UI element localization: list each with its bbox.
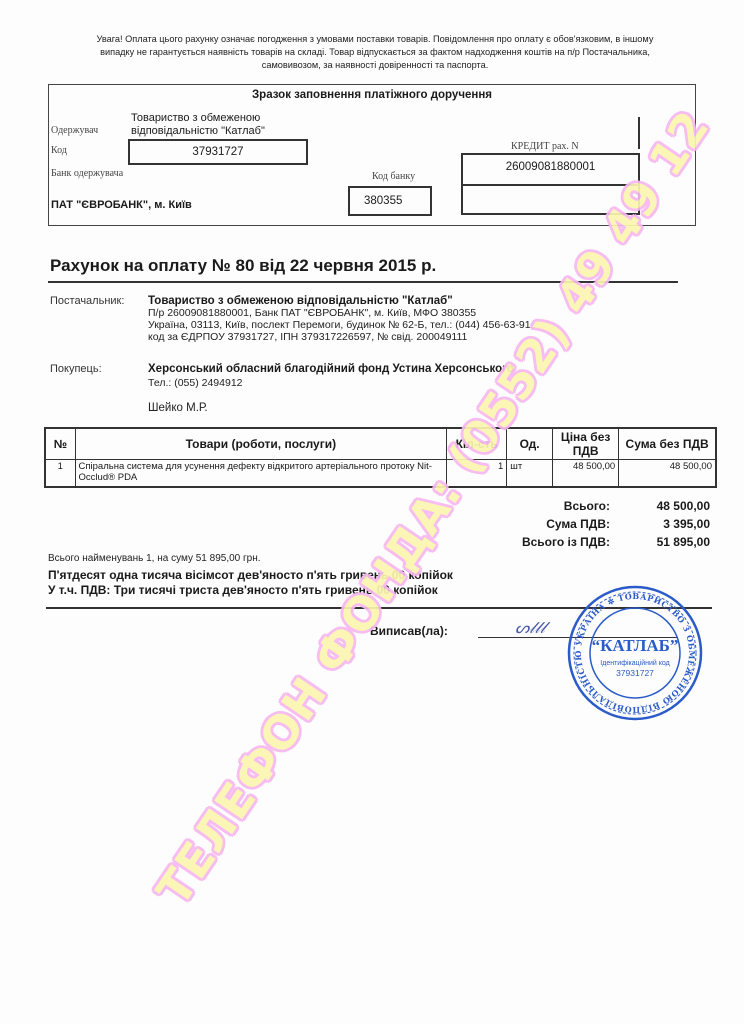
cell-goods-name: Спіральна система для усунення дефекту в…: [75, 460, 447, 488]
buyer-label: Покупець:: [50, 363, 102, 375]
vat-value: 3 395,00: [622, 515, 710, 533]
vat-in-words: У т.ч. ПДВ: Три тисячі триста дев'яносто…: [48, 583, 438, 597]
recipient-name: Товариство з обмеженою відповідальністю …: [131, 112, 265, 138]
col-header-unit: Од.: [507, 428, 553, 460]
credit-account-box: 26009081880001: [461, 153, 640, 215]
signature-scribble-icon: ᔕ𝓁𝓁𝓁: [515, 618, 545, 638]
invoice-title: Рахунок на оплату № 80 від 22 червня 201…: [50, 256, 436, 276]
buyer-details: Херсонський обласний благодійний фонд Ус…: [148, 363, 514, 389]
payment-sample-title: Зразок заповнення платіжного доручення: [49, 89, 695, 101]
seal-company-name: “КАТЛАБ”: [592, 636, 679, 655]
recipient-label: Одержувач: [51, 125, 98, 136]
issued-by-label: Виписав(ла):: [370, 624, 448, 638]
supplier-codes-line: код за ЄДРПОУ 37931727, ІПН 379317226597…: [148, 331, 533, 343]
credit-divider: [638, 117, 640, 149]
col-header-number: №: [45, 428, 75, 460]
col-header-goods: Товари (роботи, послуги): [75, 428, 447, 460]
credit-account-value: 26009081880001: [463, 155, 638, 186]
total-value: 48 500,00: [622, 497, 710, 515]
cell-unit: шт: [507, 460, 553, 488]
col-header-qty: Кіл-сть: [447, 428, 507, 460]
payment-notice: Увага! Оплата цього рахунку означає пого…: [45, 33, 705, 72]
bank-code-box: 380355: [348, 186, 432, 216]
buyer-phone: Тел.: (055) 2494912: [148, 377, 514, 389]
recipient-code-box: 37931727: [128, 139, 308, 165]
items-table: № Товари (роботи, послуги) Кіл-сть Од. Ц…: [44, 427, 717, 488]
notice-line-3: самовивозом, за наявності довіренності т…: [45, 59, 705, 72]
buyer-contact: Шейко М.Р.: [148, 402, 208, 414]
cell-qty: 1: [447, 460, 507, 488]
bank-name: ПАТ "ЄВРОБАНК", м. Київ: [51, 199, 192, 211]
supplier-name: Товариство з обмеженою відповідальністю …: [148, 295, 533, 307]
grand-total-row: Всього із ПДВ: 51 895,00: [480, 533, 710, 551]
col-header-sum: Сума без ПДВ: [619, 428, 716, 460]
total-in-words: П'ятдесят одна тисяча вісімсот дев'яност…: [48, 568, 453, 582]
bank-label: Банк одержувача: [51, 168, 123, 179]
vat-label: Сума ПДВ:: [480, 515, 622, 533]
notice-line-2: випадку не гарантується наявність товарі…: [45, 46, 705, 59]
code-label: Код: [51, 145, 67, 156]
supplier-details: Товариство з обмеженою відповідальністю …: [148, 295, 533, 343]
supplier-bank-line: П/р 26009081880001, Банк ПАТ "ЄВРОБАНК",…: [148, 307, 533, 319]
title-divider: [48, 281, 678, 283]
notice-line-1: Увага! Оплата цього рахунку означає пого…: [45, 33, 705, 46]
recipient-name-line-1: Товариство з обмеженою: [131, 112, 265, 125]
totals-block: Всього: 48 500,00 Сума ПДВ: 3 395,00 Всь…: [480, 497, 710, 551]
seal-id-label: Ідентифікаційний код: [600, 659, 669, 667]
cell-number: 1: [45, 460, 75, 488]
credit-account-label: КРЕДИТ рах. N: [511, 141, 579, 152]
col-header-price: Ціна без ПДВ: [553, 428, 619, 460]
items-count-summary: Всього найменувань 1, на суму 51 895,00 …: [48, 553, 261, 564]
grand-total-label: Всього із ПДВ:: [480, 533, 622, 551]
cell-sum: 48 500,00: [619, 460, 716, 488]
total-label: Всього:: [480, 497, 622, 515]
supplier-address-line: Україна, 03113, Київ, послект Перемоги, …: [148, 319, 533, 331]
buyer-name: Херсонський обласний благодійний фонд Ус…: [148, 363, 514, 375]
total-row: Всього: 48 500,00: [480, 497, 710, 515]
grand-total-value: 51 895,00: [622, 533, 710, 551]
payment-order-sample: Зразок заповнення платіжного доручення О…: [48, 84, 696, 226]
recipient-name-line-2: відповідальністю "Катлаб": [131, 125, 265, 138]
table-header-row: № Товари (роботи, послуги) Кіл-сть Од. Ц…: [45, 428, 716, 460]
cell-price: 48 500,00: [553, 460, 619, 488]
supplier-label: Постачальник:: [50, 295, 124, 307]
company-seal-icon: УКРАЇНА ✲ ТОВАРИСТВО З ОБМЕЖЕНОЮ ВІДПОВІ…: [565, 583, 705, 723]
vat-row: Сума ПДВ: 3 395,00: [480, 515, 710, 533]
table-row: 1 Спіральна система для усунення дефекту…: [45, 460, 716, 488]
seal-id-value: 37931727: [616, 668, 654, 678]
bank-code-label: Код банку: [372, 171, 415, 182]
